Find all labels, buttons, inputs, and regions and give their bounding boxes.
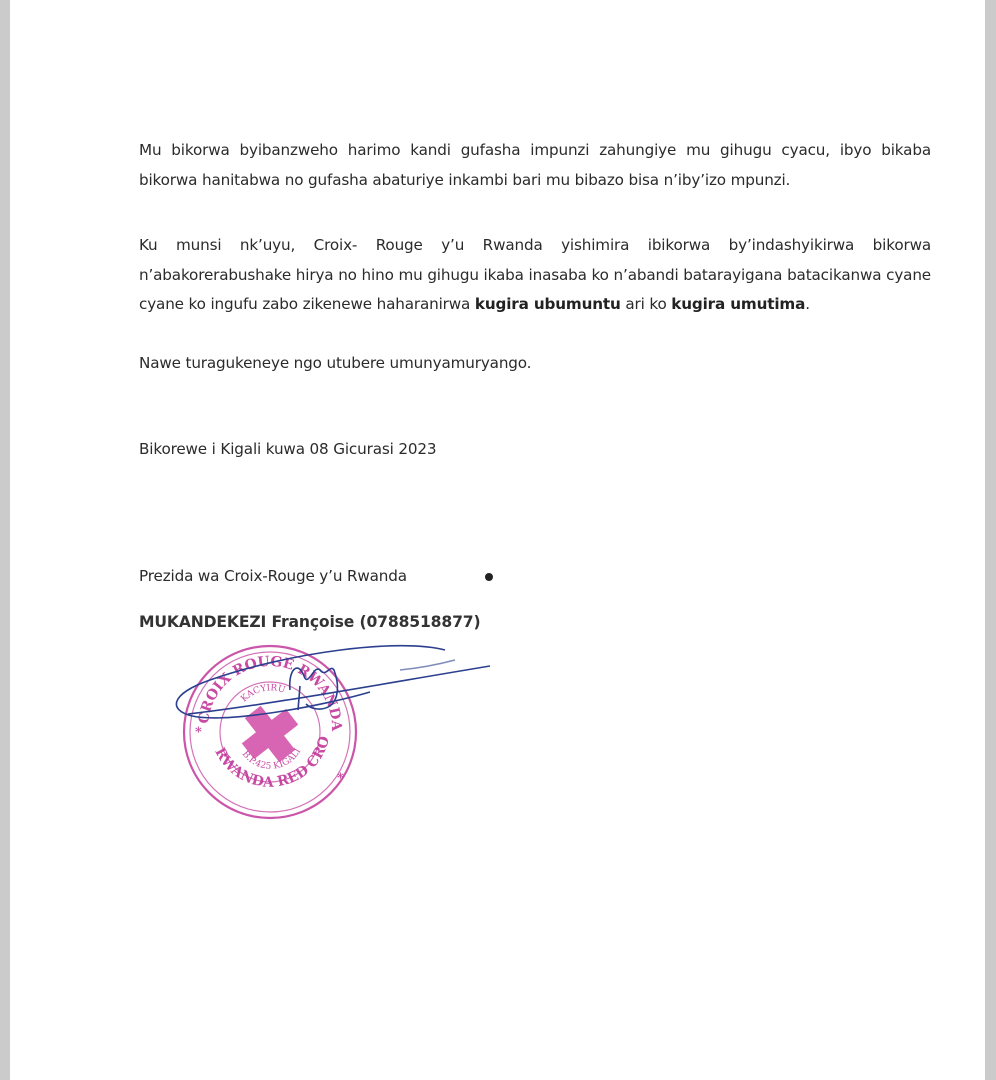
signatory-role: Prezida wa Croix-Rouge y’u Rwanda: [139, 567, 931, 585]
paragraph-appeal-mid: ari ko: [621, 295, 672, 313]
bold-humanity: kugira ubumuntu: [475, 295, 621, 313]
signatory-name: MUKANDEKEZI Françoise (0788518877): [139, 613, 931, 631]
stamp-star-left: *: [195, 725, 202, 740]
official-stamp: CROIX ROUGE RWANDAISE RWANDA RED CROSS K…: [170, 630, 490, 835]
bold-heart: kugira umutima: [671, 295, 805, 313]
paragraph-appeal: Ku munsi nk’uyu, Croix- Rouge y’u Rwanda…: [139, 231, 931, 320]
paragraph-activities: Mu bikorwa byibanzweho harimo kandi gufa…: [139, 136, 931, 195]
document-page: Mu bikorwa byibanzweho harimo kandi gufa…: [10, 0, 985, 1080]
date-line: Bikorewe i Kigali kuwa 08 Gicurasi 2023: [139, 440, 931, 458]
paragraph-appeal-end: .: [805, 295, 810, 313]
paragraph-invitation: Nawe turagukeneye ngo utubere umunyamury…: [139, 354, 931, 372]
stamp-star-right: *: [337, 771, 344, 786]
bullet-dot: [485, 573, 493, 581]
